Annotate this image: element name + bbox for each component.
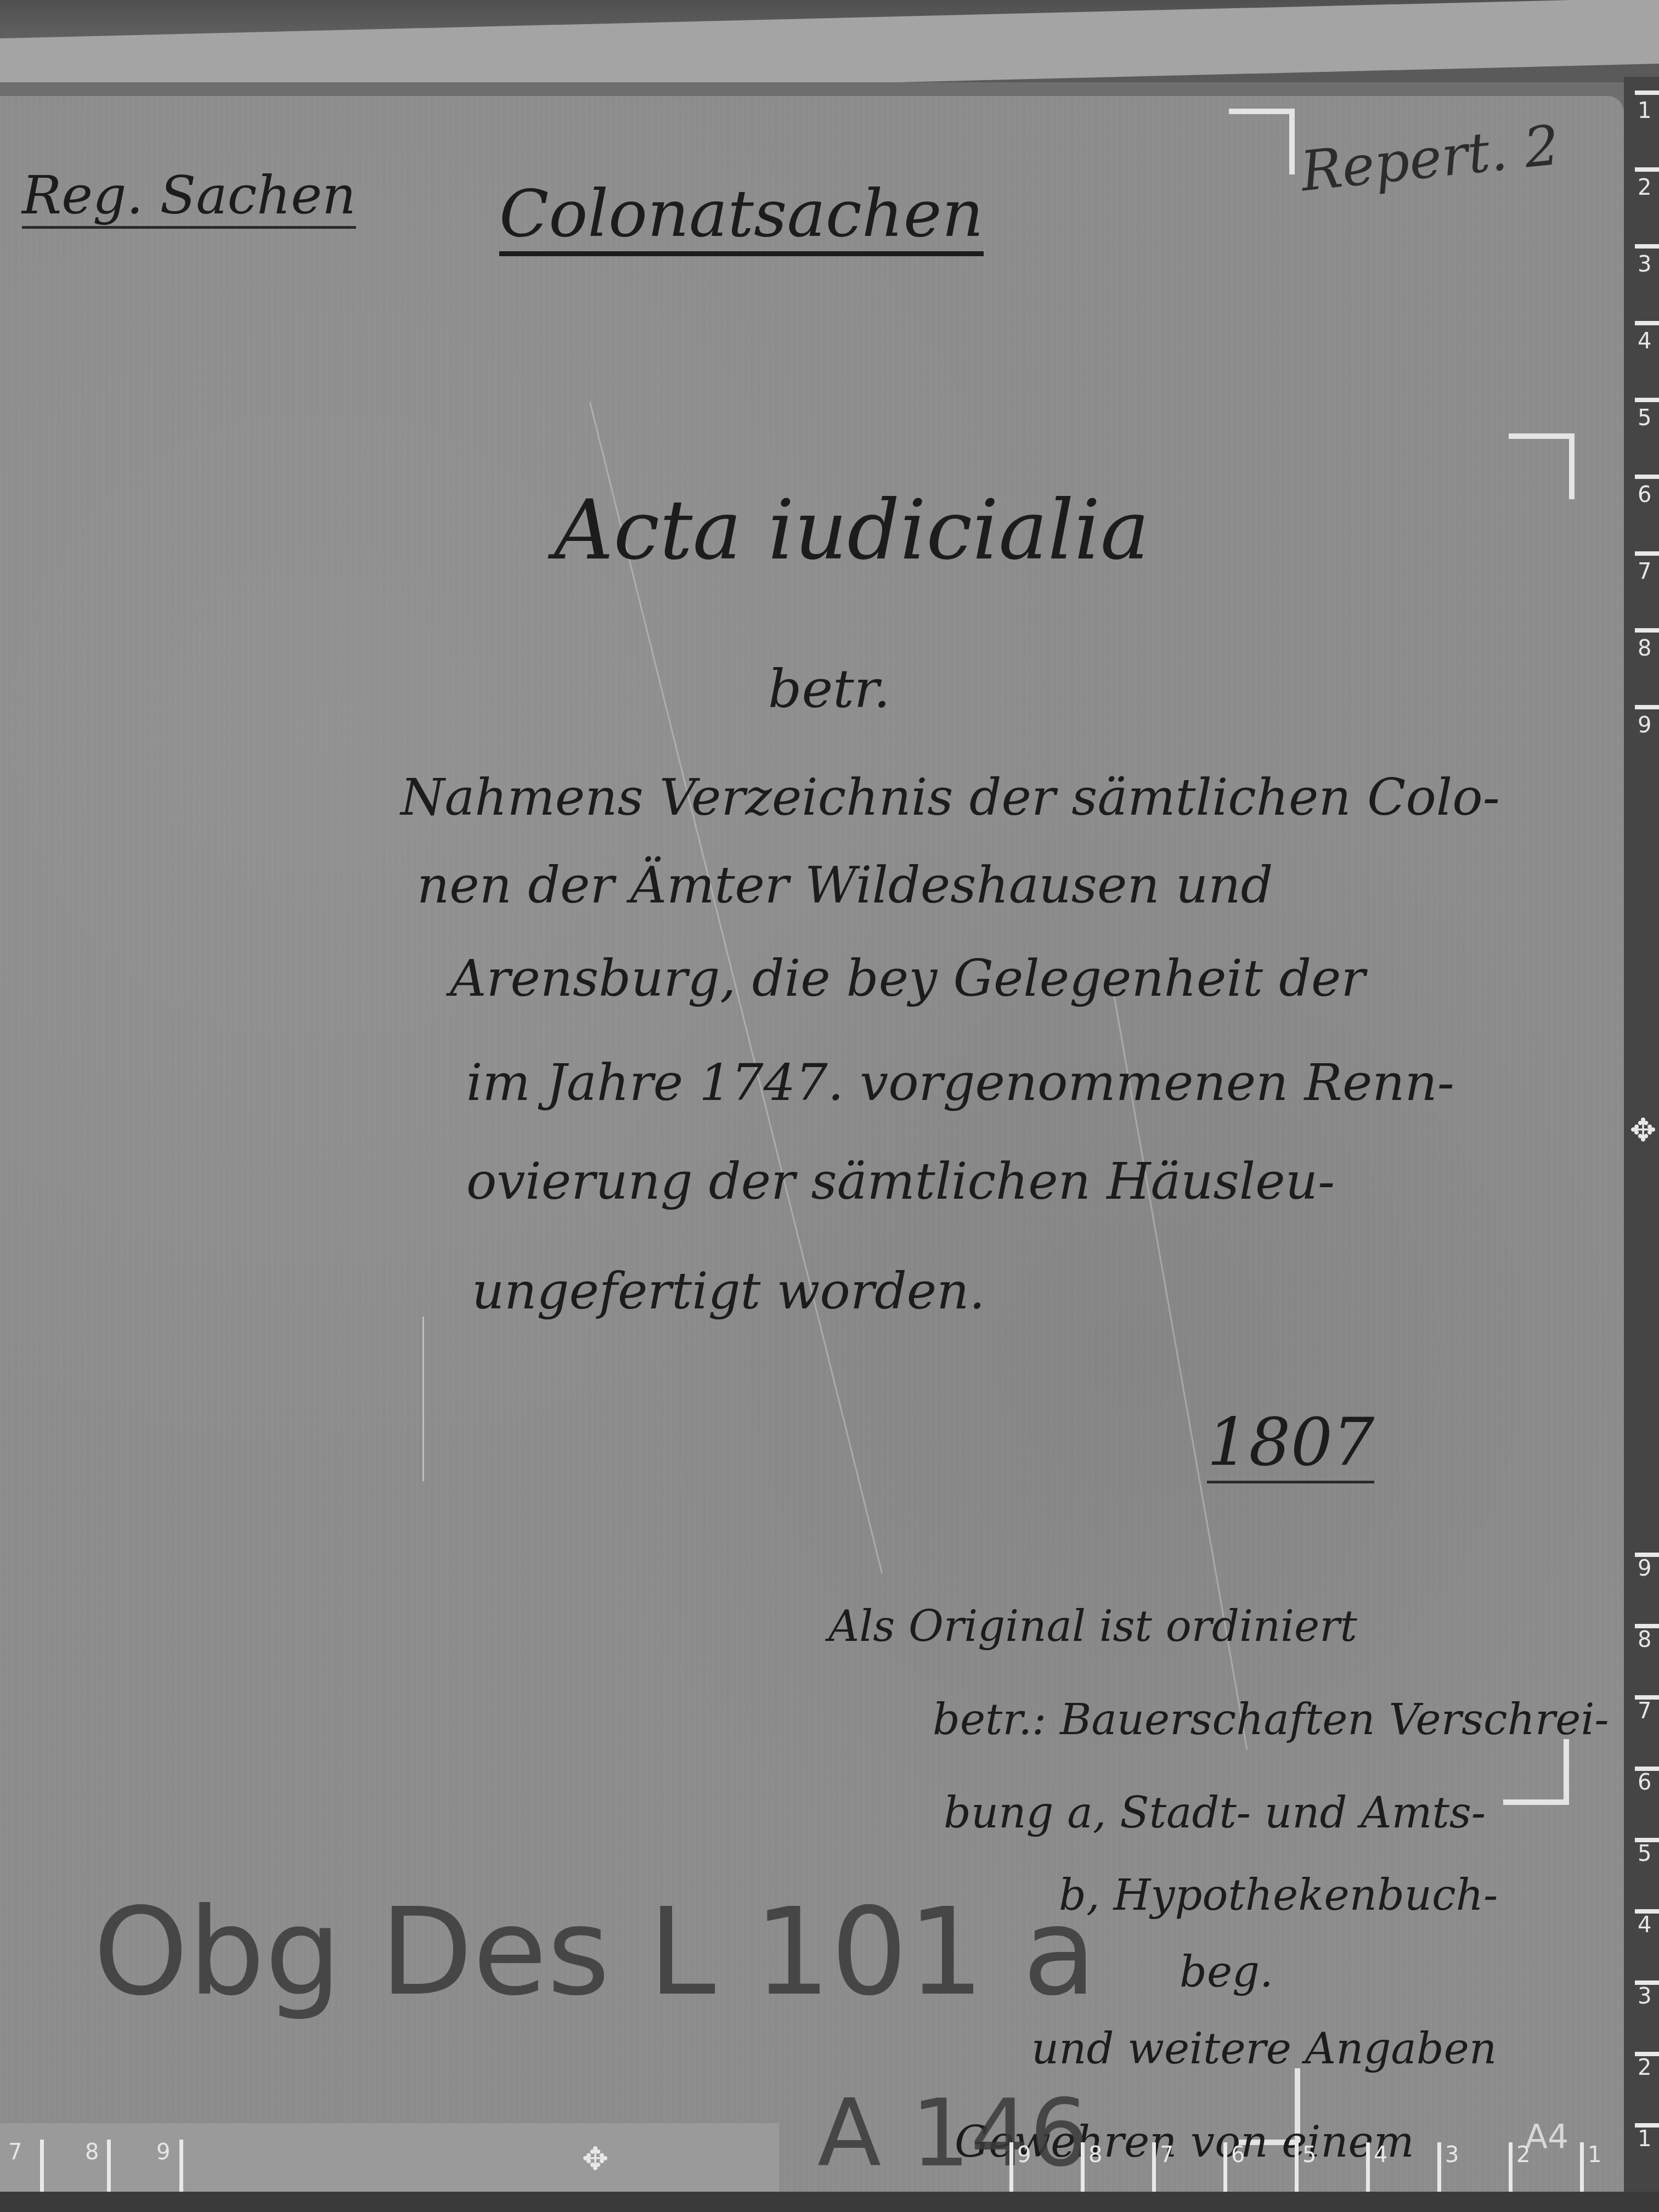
header-left-note-text: Reg. Sachen bbox=[22, 165, 356, 229]
ruler-tick bbox=[1009, 2142, 1013, 2197]
ruler-tick bbox=[1635, 398, 1659, 402]
ruler-tick bbox=[1223, 2142, 1227, 2197]
scanner-bed-bottom bbox=[0, 2192, 1659, 2212]
body-line: im Jahre 1747. vorgenommenen Renn- bbox=[466, 1053, 1454, 1112]
document-year: 1807 bbox=[1207, 1404, 1374, 1481]
side-note-line: beg. bbox=[1180, 1948, 1273, 1997]
ruler-number: 7 bbox=[1160, 2142, 1173, 2168]
ruler-number: 7 bbox=[1638, 559, 1651, 584]
ruler-tick bbox=[1509, 2142, 1513, 2197]
ruler-tick bbox=[1635, 244, 1659, 249]
ruler-tick bbox=[1152, 2142, 1156, 2197]
ruler-tick bbox=[179, 2140, 183, 2194]
move-icon-right[interactable]: ✥ bbox=[1627, 1114, 1659, 1147]
ruler-number: 1 bbox=[1638, 2126, 1651, 2152]
ruler-number: 9 bbox=[156, 2140, 170, 2165]
ruler-number: 1 bbox=[1588, 2142, 1601, 2168]
side-note-line: Als Original ist ordiniert bbox=[828, 1602, 1357, 1651]
body-line: ungefertigt worden. bbox=[472, 1262, 985, 1321]
ruler-number: 3 bbox=[1445, 2142, 1459, 2168]
crop-corner-mark bbox=[1509, 433, 1575, 499]
ruler-number: 2 bbox=[1638, 175, 1651, 200]
side-note-line: bung a, Stadt- und Amts- bbox=[944, 1788, 1486, 1838]
ruler-tick bbox=[1635, 551, 1659, 556]
ruler-tick bbox=[1437, 2142, 1441, 2197]
ruler-number: 9 bbox=[1017, 2142, 1031, 2168]
body-line: Nahmens Verzeichnis der sämtlichen Colo- bbox=[400, 768, 1500, 827]
header-left-note: Reg. Sachen bbox=[22, 165, 356, 226]
subject-prefix: betr. bbox=[768, 658, 890, 720]
ruler-tick bbox=[1366, 2142, 1370, 2197]
ruler-number: 9 bbox=[1638, 713, 1651, 738]
ruler-tick bbox=[1635, 167, 1659, 172]
ruler-tick bbox=[1295, 2142, 1299, 2197]
pencil-number: A 146 bbox=[817, 2079, 1089, 2188]
body-line: nen der Ämter Wildeshausen und bbox=[417, 856, 1273, 915]
ruler-tick bbox=[1635, 705, 1659, 709]
document-year-text: 1807 bbox=[1207, 1404, 1374, 1483]
ruler-tick bbox=[1635, 628, 1659, 633]
ruler-number: 6 bbox=[1638, 482, 1651, 507]
ruler-tick bbox=[107, 2140, 111, 2194]
ruler-number: 6 bbox=[1231, 2142, 1245, 2168]
ruler-number: 9 bbox=[1638, 1556, 1651, 1581]
ruler-number: 2 bbox=[1516, 2142, 1530, 2168]
header-title-text: Colonatsachen bbox=[499, 176, 984, 256]
ruler-tick bbox=[40, 2140, 44, 2194]
ruler-tick bbox=[1635, 321, 1659, 325]
scanner-glass-strip bbox=[0, 2123, 779, 2194]
ruler-number: 4 bbox=[1638, 329, 1651, 354]
ruler-number: 8 bbox=[1638, 1627, 1651, 1652]
paper-scratch bbox=[422, 1317, 424, 1481]
pencil-shelfmark: Obg Des L 101 a bbox=[93, 1882, 1097, 2022]
document-title: Acta iudicialia bbox=[554, 483, 1149, 578]
ruler-number: 7 bbox=[1638, 1699, 1651, 1724]
ruler-number: 8 bbox=[1638, 636, 1651, 661]
ruler-number: 1 bbox=[1638, 98, 1651, 123]
paper-size-label: A4 bbox=[1525, 2118, 1568, 2156]
ruler-number: 7 bbox=[8, 2140, 22, 2165]
ruler-number: 2 bbox=[1638, 2055, 1651, 2080]
ruler-number: 8 bbox=[1088, 2142, 1102, 2168]
side-note-line: b, Hypothekenbuch- bbox=[1059, 1871, 1498, 1920]
ruler-tick bbox=[1081, 2142, 1085, 2197]
ruler-number: 3 bbox=[1638, 1984, 1651, 2009]
ruler-number: 5 bbox=[1638, 405, 1651, 431]
header-title: Colonatsachen bbox=[499, 176, 984, 251]
body-line: ovierung der sämtlichen Häusleu- bbox=[466, 1152, 1335, 1211]
body-line: Arensburg, die bey Gelegenheit der bbox=[450, 949, 1365, 1008]
side-note-line: betr.: Bauerschaften Verschrei- bbox=[933, 1695, 1609, 1745]
move-icon-bottom[interactable]: ✥ bbox=[579, 2142, 612, 2175]
crop-corner-mark bbox=[1229, 109, 1295, 174]
ruler-number: 3 bbox=[1638, 252, 1651, 277]
ruler-number: 6 bbox=[1638, 1770, 1651, 1795]
ruler-number: 4 bbox=[1638, 1912, 1651, 1938]
ruler-number: 4 bbox=[1374, 2142, 1387, 2168]
ruler-number: 5 bbox=[1638, 1841, 1651, 1866]
ruler-tick bbox=[1635, 91, 1659, 95]
ruler-number: 5 bbox=[1302, 2142, 1316, 2168]
ruler-tick bbox=[1580, 2142, 1584, 2197]
ruler-number: 8 bbox=[85, 2140, 99, 2165]
side-note-line: und weitere Angaben bbox=[1031, 2024, 1497, 2074]
crop-corner-mark bbox=[1503, 1739, 1569, 1805]
ruler-tick bbox=[1635, 475, 1659, 479]
